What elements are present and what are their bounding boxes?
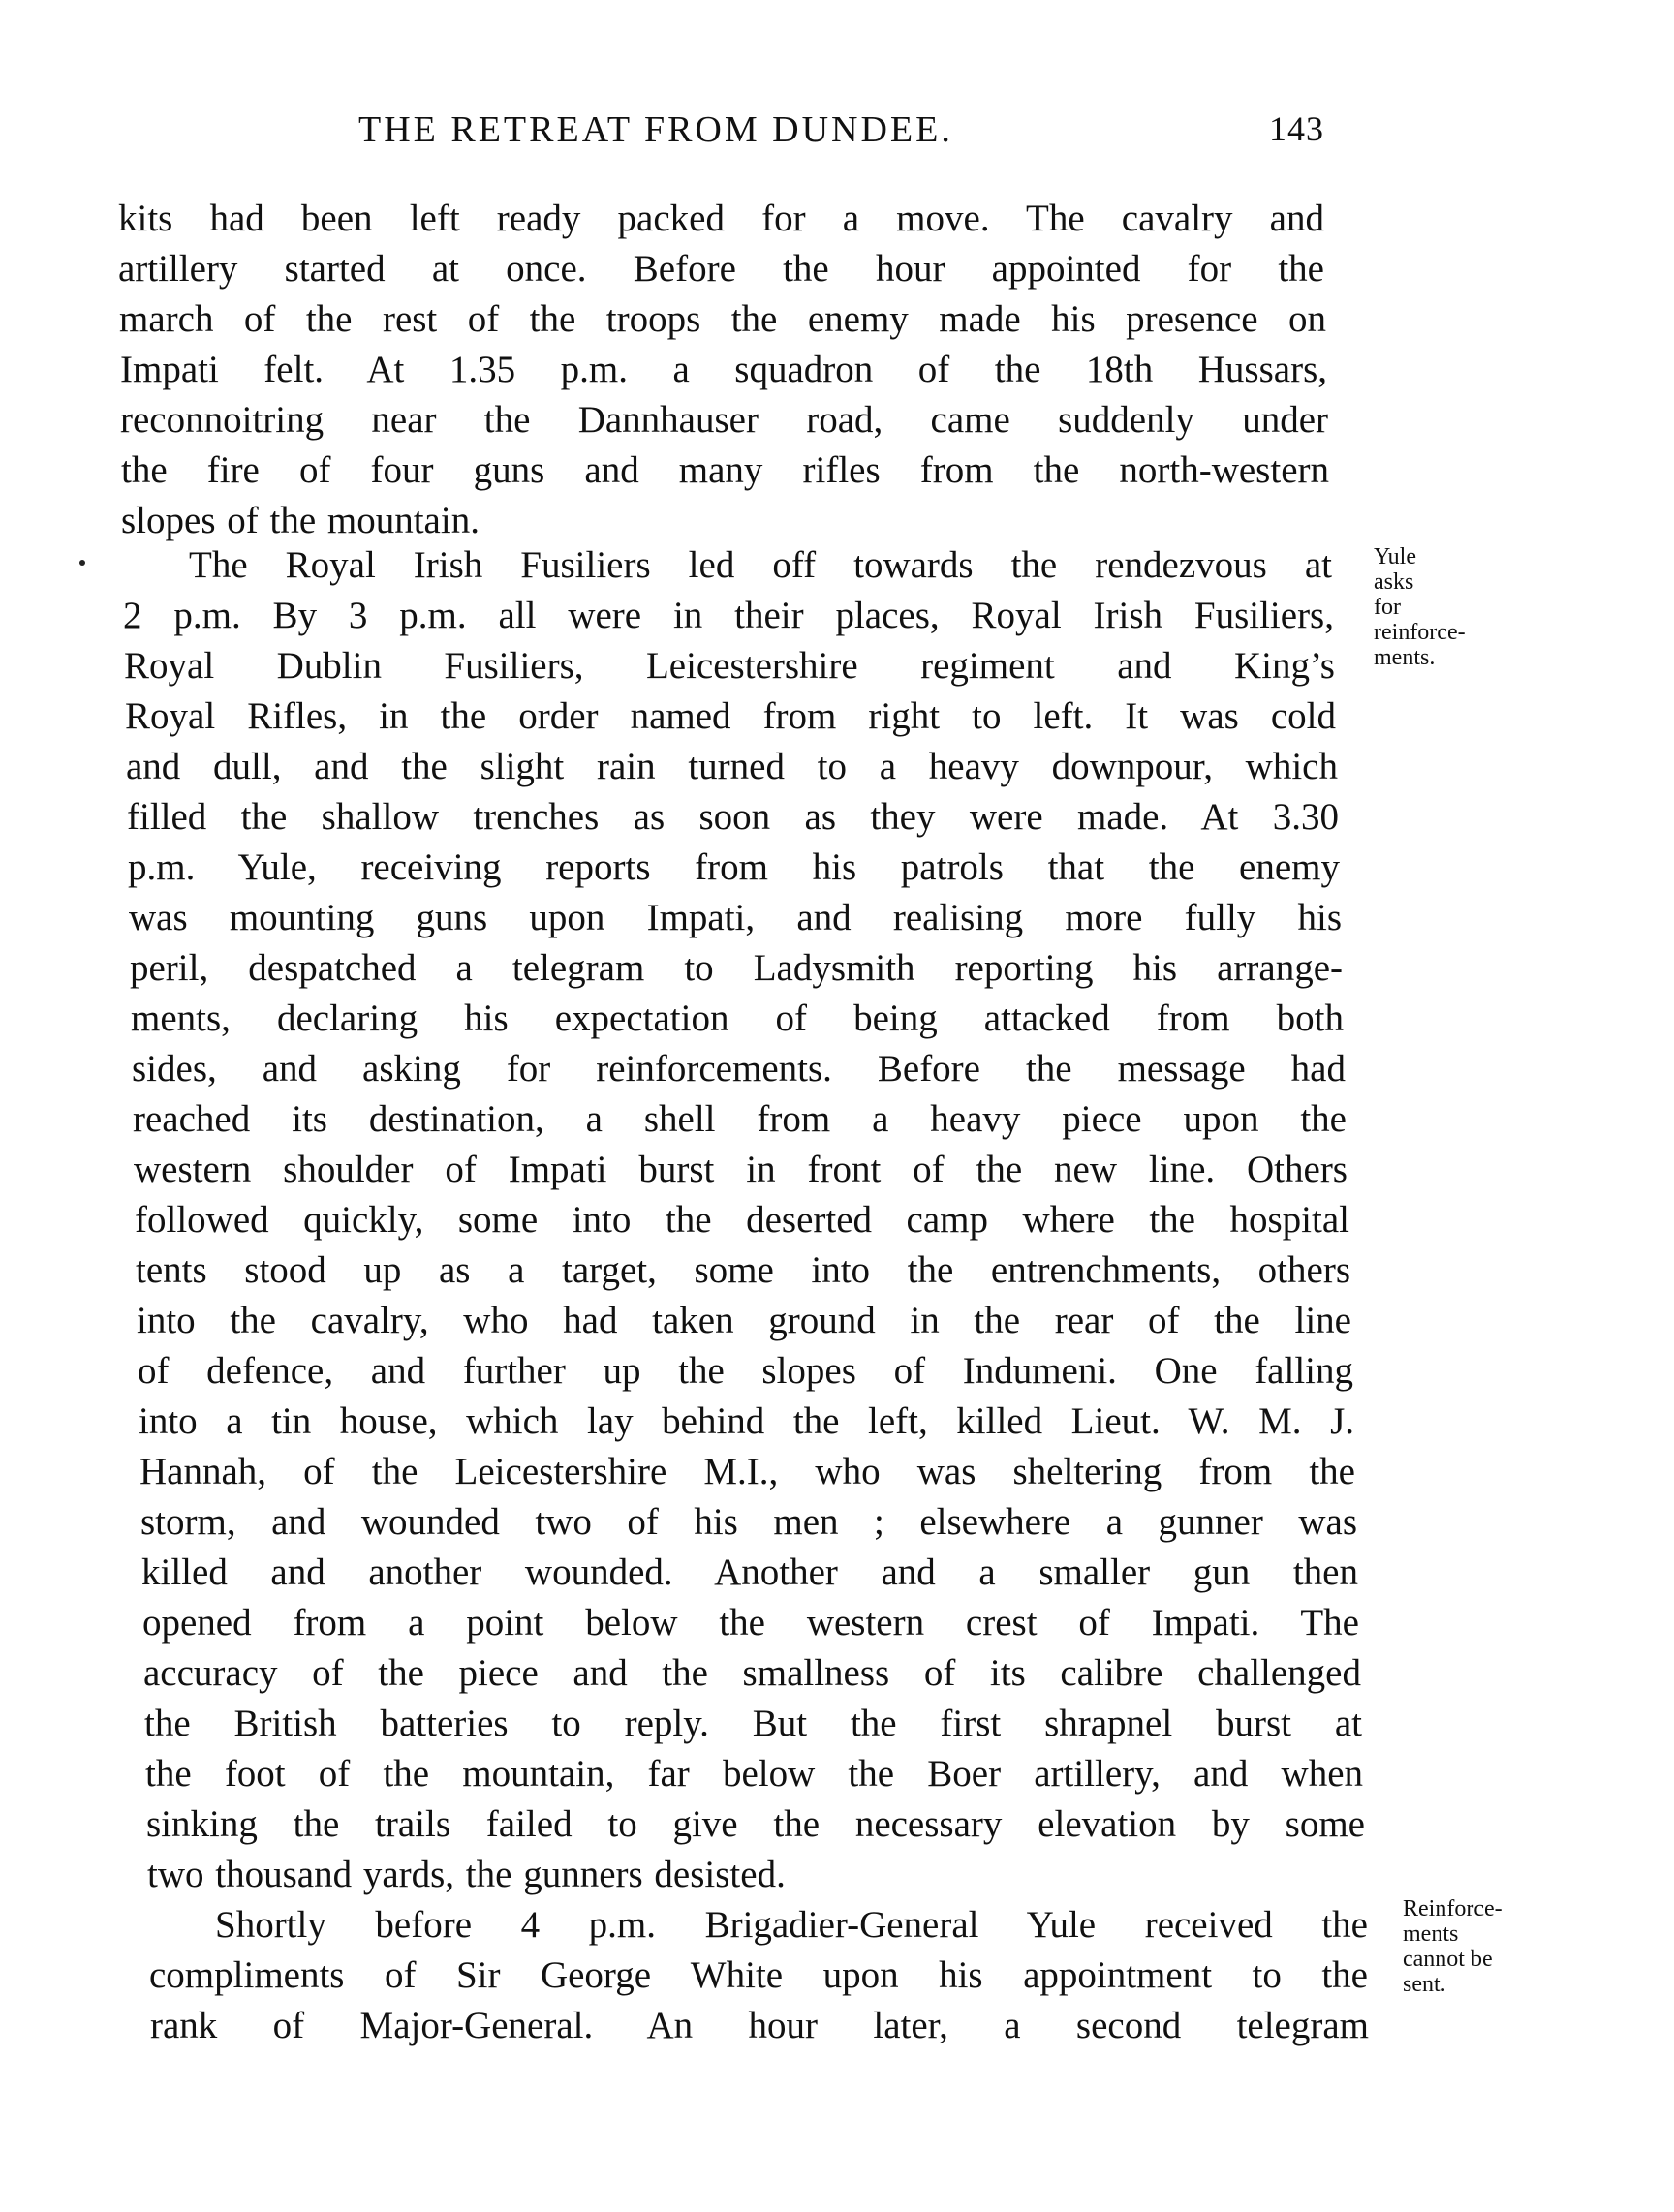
text-line: the fire of four guns and many rifles fr… <box>121 445 1329 496</box>
text-line: sinking the trails failed to give the ne… <box>146 1799 1365 1850</box>
margin-note-reinforcements: Reinforce- ments cannot be sent. <box>1403 1896 1503 1997</box>
text-line: 2 p.m. By 3 p.m. all were in their place… <box>123 591 1334 641</box>
margin-note-line: ments. <box>1374 645 1466 670</box>
text-line: into a tin house, which lay behind the l… <box>139 1397 1354 1447</box>
text-line: slopes of the mountain. <box>121 496 1329 546</box>
margin-note-line: asks <box>1374 569 1466 595</box>
running-head: THE RETREAT FROM DUNDEE. 143 <box>358 108 1327 163</box>
text-line: sides, and asking for reinforcements. Be… <box>132 1044 1346 1094</box>
text-line: of defence, and further up the slopes of… <box>138 1346 1353 1397</box>
margin-note-line: cannot be <box>1403 1947 1503 1972</box>
text-line: filled the shallow trenches as soon as t… <box>127 792 1339 843</box>
text-line: p.m. Yule, receiving reports from his pa… <box>128 843 1340 893</box>
text-line: two thousand yards, the gunners desisted… <box>147 1850 1366 1900</box>
text-line: Shortly before 4 p.m. Brigadier-General … <box>215 1900 1368 1951</box>
text-line: peril, despatched a telegram to Ladysmit… <box>130 943 1343 994</box>
text-line: kits had been left ready packed for a mo… <box>118 194 1324 244</box>
text-line: The Royal Irish Fusiliers led off toward… <box>189 540 1332 591</box>
text-line: was mounting guns upon Impati, and reali… <box>129 893 1342 943</box>
margin-note-yule-asks: Yule asks for reinforce- ments. <box>1374 544 1466 670</box>
margin-note-line: Yule <box>1374 544 1466 569</box>
text-line: reconnoitring near the Dannhauser road, … <box>120 395 1328 445</box>
margin-note-line: Reinforce- <box>1403 1896 1503 1921</box>
text-line: march of the rest of the troops the enem… <box>119 294 1326 345</box>
text-line: into the cavalry, who had taken ground i… <box>137 1296 1351 1346</box>
margin-note-line: for <box>1374 595 1466 620</box>
text-line: and dull, and the slight rain turned to … <box>126 742 1338 792</box>
text-line: artillery started at once. Before the ho… <box>118 244 1324 294</box>
margin-note-line: reinforce- <box>1374 620 1466 645</box>
text-line: killed and another wounded. Another and … <box>141 1548 1358 1598</box>
text-line: Impati felt. At 1.35 p.m. a squadron of … <box>120 345 1327 395</box>
text-line: storm, and wounded two of his men ; else… <box>140 1497 1357 1548</box>
running-title: THE RETREAT FROM DUNDEE. <box>358 108 953 151</box>
text-line: reached its destination, a shell from a … <box>133 1094 1347 1145</box>
text-line: ments, declaring his expectation of bein… <box>131 994 1344 1044</box>
margin-note-line: sent. <box>1403 1972 1503 1997</box>
text-line: Hannah, of the Leicestershire M.I., who … <box>139 1447 1355 1497</box>
text-line: opened from a point below the western cr… <box>142 1598 1359 1648</box>
stray-ink-mark <box>79 560 85 566</box>
text-line: the foot of the mountain, far below the … <box>145 1749 1363 1799</box>
book-page: THE RETREAT FROM DUNDEE. 143 kits had be… <box>0 0 1674 2212</box>
text-line: rank of Major-General. An hour later, a … <box>150 2001 1369 2051</box>
margin-note-line: ments <box>1403 1921 1503 1947</box>
text-line: Royal Rifles, in the order named from ri… <box>125 691 1336 742</box>
text-line: followed quickly, some into the deserted… <box>135 1195 1349 1245</box>
text-line: tents stood up as a target, some into th… <box>136 1245 1350 1296</box>
text-line: Royal Dublin Fusiliers, Leicestershire r… <box>124 641 1335 691</box>
text-line: the British batteries to reply. But the … <box>144 1699 1362 1749</box>
page-number: 143 <box>1269 108 1324 149</box>
text-line: western shoulder of Impati burst in fron… <box>134 1145 1348 1195</box>
text-line: compliments of Sir George White upon his… <box>149 1951 1368 2001</box>
text-line: accuracy of the piece and the smallness … <box>143 1648 1361 1699</box>
